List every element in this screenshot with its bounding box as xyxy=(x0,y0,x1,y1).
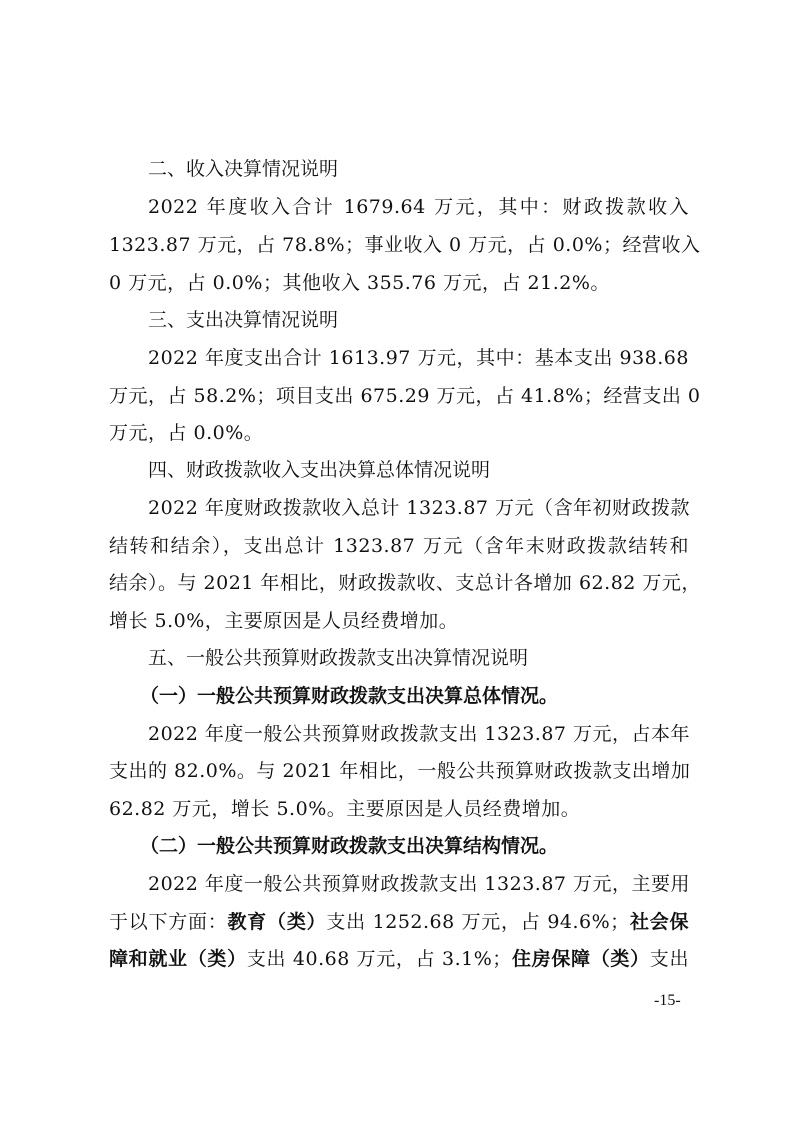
category-housing: 住房保障（类） xyxy=(512,948,650,970)
page-number: -15- xyxy=(654,992,681,1010)
paragraph-line: 万元，占 58.2%；项目支出 675.29 万元，占 41.8%；经营支出 0 xyxy=(109,384,689,408)
paragraph-line: 于以下方面：教育（类）支出 1252.68 万元，占 94.6%；社会保 xyxy=(109,910,689,934)
category-social-security-part1: 社会保 xyxy=(630,911,689,933)
subsection-heading-overall: （一）一般公共预算财政拨款支出决算总体情况。 xyxy=(140,684,720,708)
paragraph-line: 2022 年度收入合计 1679.64 万元，其中：财政拨款收入 xyxy=(148,195,689,219)
paragraph-line: 0 万元，占 0.0%；其他收入 355.76 万元，占 21.2%。 xyxy=(109,271,689,295)
paragraph-line: 结余）。与 2021 年相比，财政拨款收、支总计各增加 62.82 万元， xyxy=(109,571,689,595)
paragraph-line: 2022 年度支出合计 1613.97 万元，其中：基本支出 938.68 xyxy=(148,346,689,370)
paragraph-line: 62.82 万元，增长 5.0%。主要原因是人员经费增加。 xyxy=(109,797,689,821)
category-education: 教育（类） xyxy=(228,911,327,933)
paragraph-line: 2022 年度一般公共预算财政拨款支出 1323.87 万元，占本年 xyxy=(148,722,689,746)
paragraph-line: 1323.87 万元，占 78.8%；事业收入 0 万元，占 0.0%；经营收入 xyxy=(109,233,689,257)
section-heading-expenditure: 三、支出决算情况说明 xyxy=(148,308,728,332)
section-heading-income: 二、收入决算情况说明 xyxy=(148,157,728,181)
paragraph-line: 2022 年度财政拨款收入总计 1323.87 万元（含年初财政拨款 xyxy=(148,496,689,520)
paragraph-line: 支出的 82.0%。与 2021 年相比，一般公共预算财政拨款支出增加 xyxy=(109,759,689,783)
paragraph-line: 结转和结余），支出总计 1323.87 万元（含年末财政拨款结转和 xyxy=(109,534,689,558)
paragraph-line: 2022 年度一般公共预算财政拨款支出 1323.87 万元，主要用 xyxy=(148,872,689,896)
paragraph-line: 万元，占 0.0%。 xyxy=(109,421,689,445)
paragraph-line: 增长 5.0%，主要原因是人员经费增加。 xyxy=(109,609,689,633)
subsection-heading-structure: （二）一般公共预算财政拨款支出决算结构情况。 xyxy=(140,834,720,858)
paragraph-line: 障和就业（类）支出 40.68 万元，占 3.1%；住房保障（类）支出 xyxy=(109,947,689,971)
text-run: 支出 1252.68 万元，占 94.6%； xyxy=(326,911,629,933)
text-run: 于以下方面： xyxy=(109,911,228,933)
section-heading-general-budget: 五、一般公共预算财政拨款支出决算情况说明 xyxy=(148,646,728,670)
section-heading-fiscal-overall: 四、财政拨款收入支出决算总体情况说明 xyxy=(148,458,728,482)
text-run: 支出 40.68 万元，占 3.1%； xyxy=(247,948,512,970)
text-run: 支出 xyxy=(650,948,689,970)
category-social-security-part2: 障和就业（类） xyxy=(109,948,247,970)
document-page: 二、收入决算情况说明 2022 年度收入合计 1679.64 万元，其中：财政拨… xyxy=(0,0,793,1122)
